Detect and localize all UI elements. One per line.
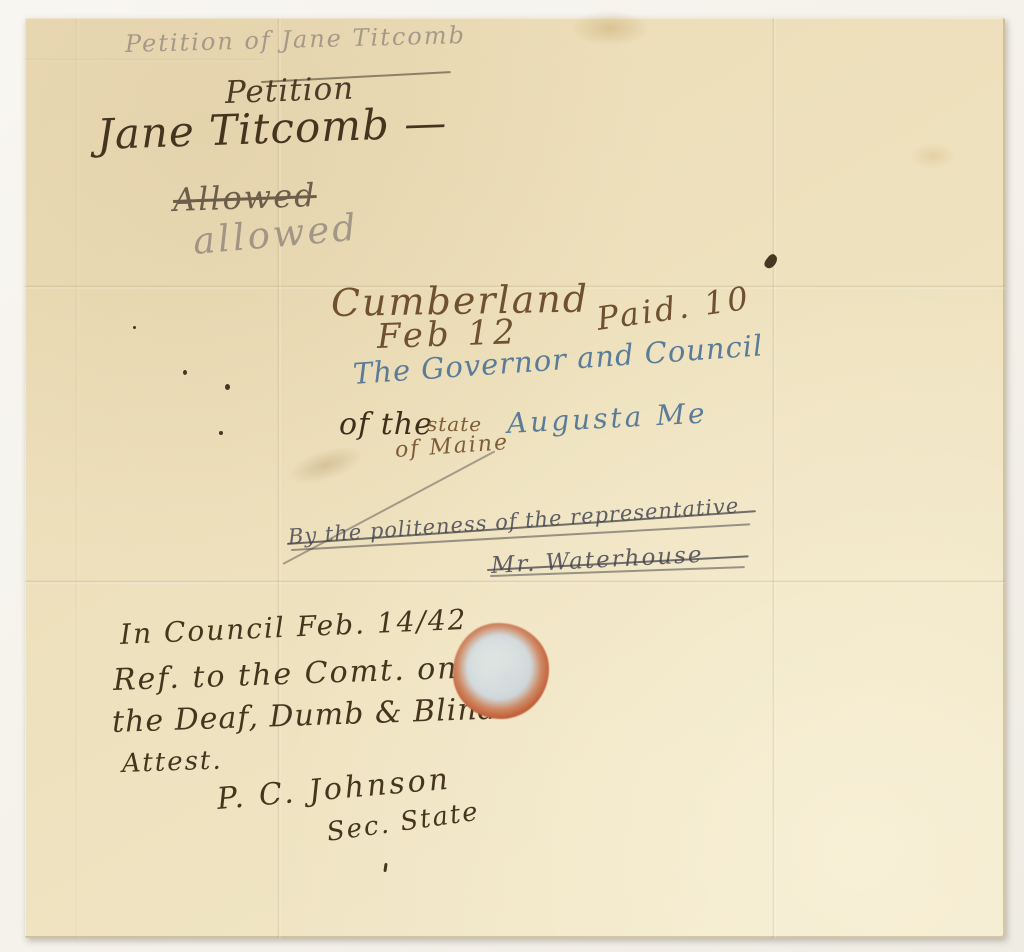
fold-crease-left — [75, 18, 79, 938]
attest-label: Attest. — [121, 745, 223, 778]
struck-note-line-1: By the politeness of the representative — [287, 493, 740, 548]
council-note-line-1: In Council Feb. 14/42 — [119, 603, 468, 651]
scan-background: Petition of Jane Titcomb Petition Jane T… — [0, 0, 1024, 952]
strike-stroke — [283, 450, 496, 564]
paper-smudge — [284, 439, 367, 492]
address-city: Augusta Me — [506, 397, 708, 440]
fold-crease-vertical-2 — [772, 18, 776, 938]
corner-crease — [25, 58, 265, 62]
petitioner-name: Jane Titcomb — — [96, 98, 448, 159]
document-paper: Petition of Jane Titcomb Petition Jane T… — [25, 18, 1005, 938]
ink-speck — [219, 431, 223, 435]
council-note-line-3: the Deaf, Dumb & Blind — [111, 692, 498, 740]
ink-tick — [383, 863, 387, 872]
fold-crease-horizontal-2 — [25, 580, 1005, 584]
ink-speck — [183, 370, 187, 375]
pencil-docket-header: Petition of Jane Titcomb — [125, 21, 467, 58]
ink-blot — [762, 253, 779, 271]
ink-speck — [133, 326, 136, 329]
council-note-line-2: Ref. to the Comt. on — [112, 651, 459, 698]
postage-paid: Paid. 10 — [594, 279, 753, 338]
paper-stain-right — [910, 143, 956, 169]
red-wafer-seal — [453, 623, 549, 719]
ink-speck — [225, 384, 230, 390]
paper-stain-top — [570, 10, 650, 46]
